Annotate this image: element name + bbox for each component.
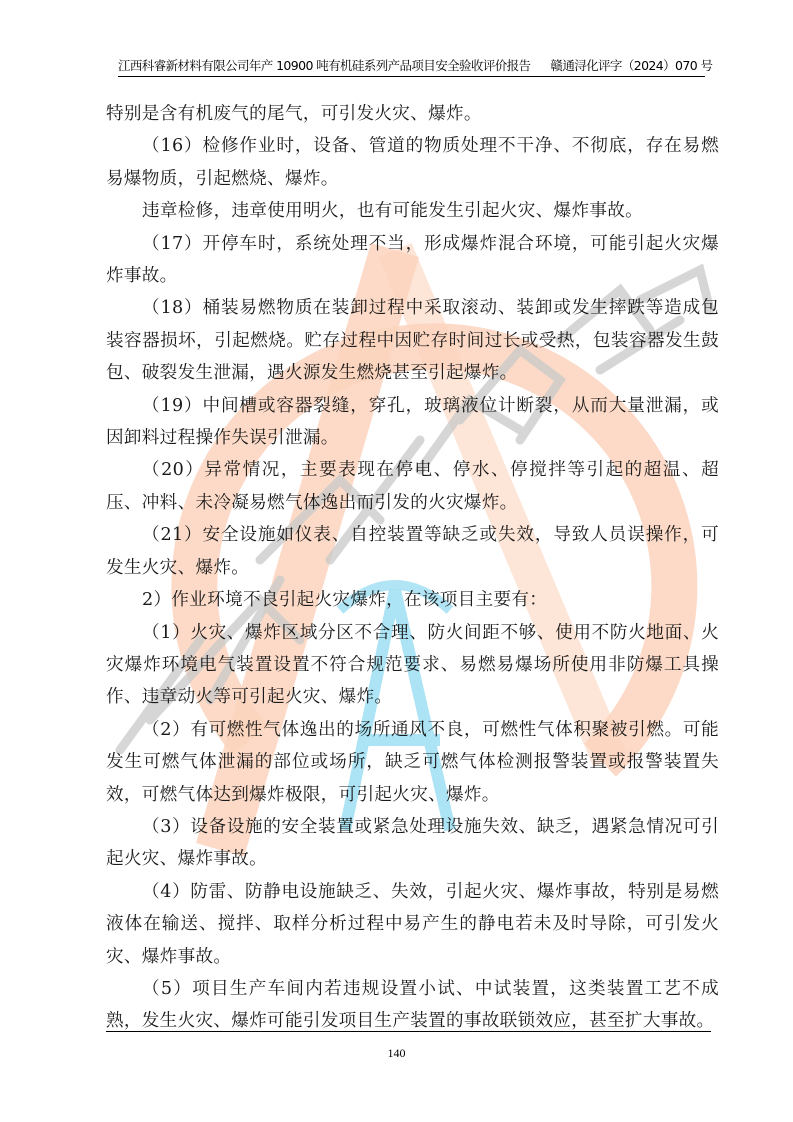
paragraph-item-17: （17）开停车时，系统处理不当，形成爆炸混合环境，可能引起火灾爆炸事故。: [106, 228, 719, 293]
paragraph-env-item-4: （4）防雷、防静电设施缺乏、失效，引起火灾、爆炸事故，特别是易燃液体在输送、搅拌…: [106, 876, 719, 973]
paragraph: 特别是含有机废气的尾气，可引发火灾、爆炸。: [106, 98, 719, 130]
paragraph-item-18: （18）桶装易燃物质在装卸过程中采取滚动、装卸或发生摔跌等造成包装容器损坏，引起…: [106, 292, 719, 389]
document-page: 江西科睿新材料有限公司年产 10900 吨有机硅系列产品项目安全验收评价报告 赣…: [0, 0, 793, 1122]
report-reference-number: 赣通浔化评字（2024）070 号: [530, 58, 712, 76]
paragraph-env-item-5: （5）项目生产车间内若违规设置小试、中试装置，这类装置工艺不成熟，发生火灾、爆炸…: [106, 973, 719, 1038]
paragraph-env-item-2: （2）有可燃性气体逸出的场所通风不良，可燃性气体积聚被引燃。可能发生可燃气体泄漏…: [106, 714, 719, 811]
paragraph: 违章检修，违章使用明火，也有可能发生引起火灾、爆炸事故。: [106, 195, 719, 227]
document-body: 特别是含有机废气的尾气，可引发火灾、爆炸。 （16）检修作业时，设备、管道的物质…: [106, 98, 719, 1038]
paragraph-item-21: （21）安全设施如仪表、自控装置等缺乏或失效，导致人员误操作，可发生火灾、爆炸。: [106, 519, 719, 584]
paragraph-env-item-3: （3）设备设施的安全装置或紧急处理设施失效、缺乏，遇紧急情况可引起火灾、爆炸事故…: [106, 811, 719, 876]
paragraph-item-20: （20）异常情况，主要表现在停电、停水、停搅拌等引起的超温、超压、冲料、未冷凝易…: [106, 454, 719, 519]
page-number: 140: [0, 1046, 793, 1061]
report-title: 江西科睿新材料有限公司年产 10900 吨有机硅系列产品项目安全验收评价报告: [118, 58, 530, 76]
paragraph-env-item-1: （1）火灾、爆炸区域分区不合理、防火间距不够、使用不防火地面、火灾爆炸环境电气装…: [106, 617, 719, 714]
paragraph-item-16: （16）检修作业时，设备、管道的物质处理不干净、不彻底，存在易燃易爆物质，引起燃…: [106, 130, 719, 195]
page-header: 江西科睿新材料有限公司年产 10900 吨有机硅系列产品项目安全验收评价报告 赣…: [118, 58, 705, 77]
section-heading-work-environment: 2）作业环境不良引起火灾爆炸，在该项目主要有：: [106, 584, 719, 616]
paragraph-item-19: （19）中间槽或容器裂缝，穿孔，玻璃液位计断裂，从而大量泄漏，或因卸料过程操作失…: [106, 390, 719, 455]
